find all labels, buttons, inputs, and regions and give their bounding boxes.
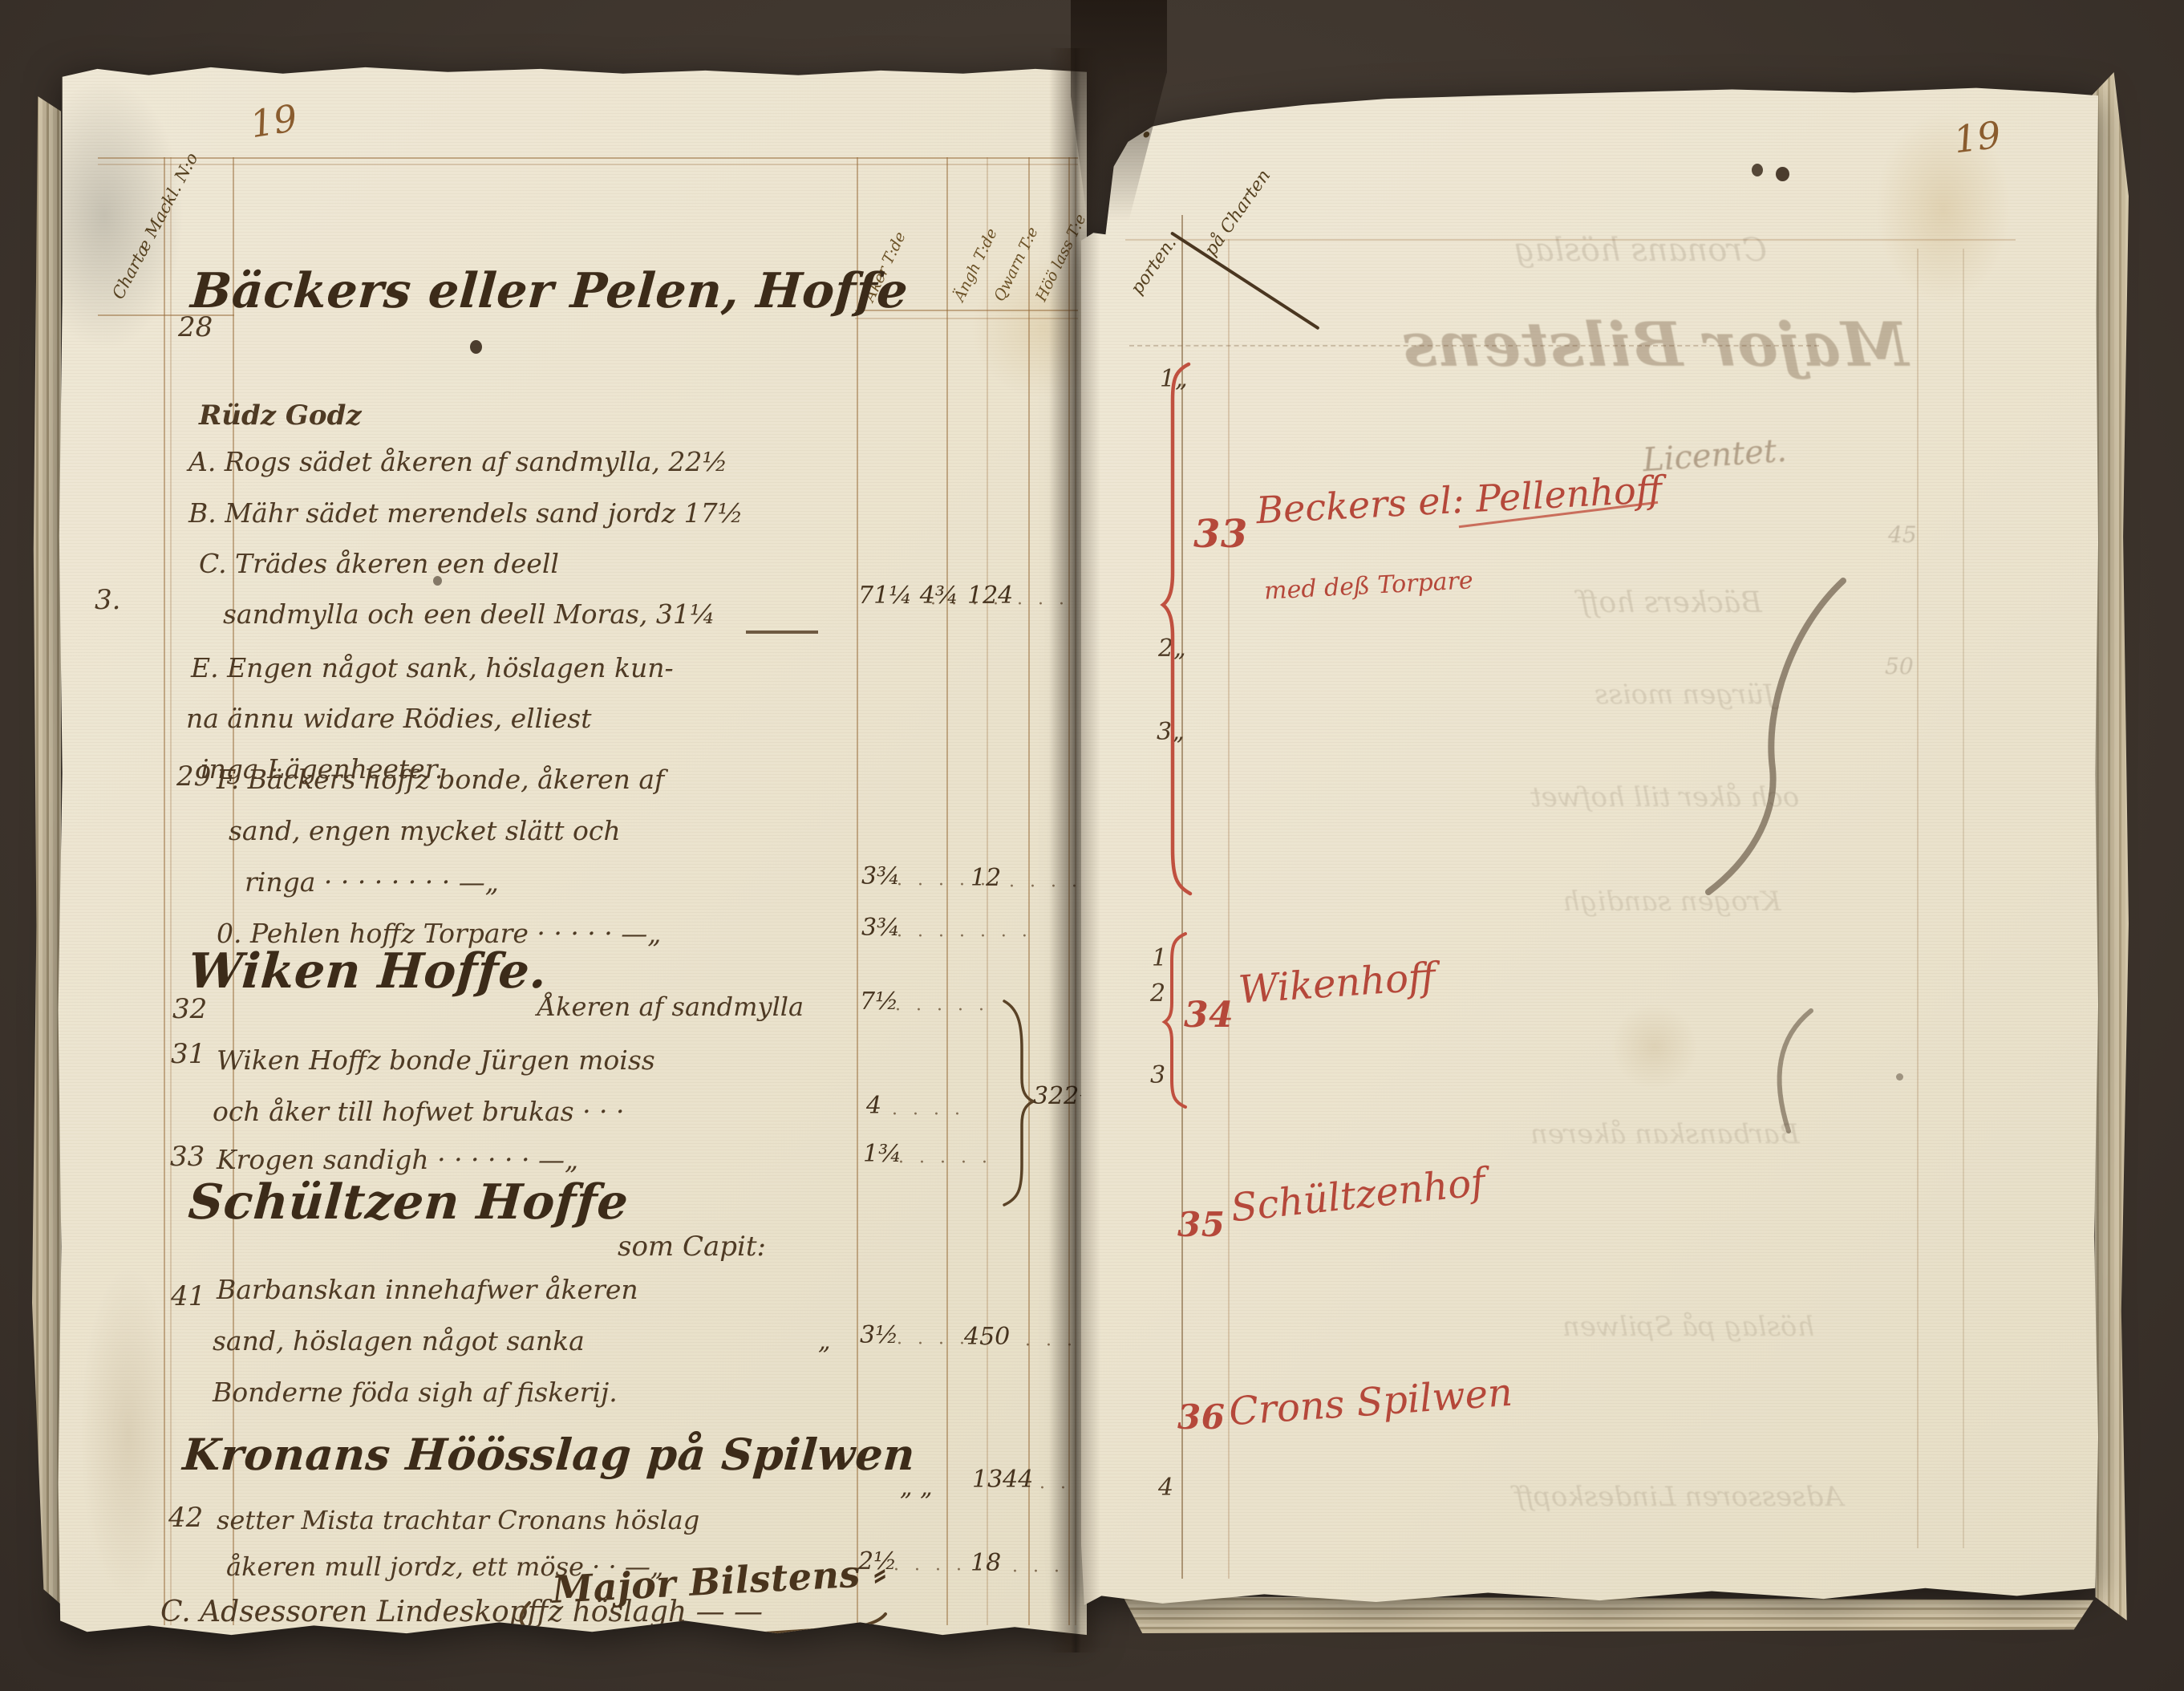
- red-entry-number: 36: [1177, 1399, 1225, 1436]
- entry-line: och åker till hofwet brukas · · ·: [213, 1097, 625, 1126]
- leader-dots: · · · ·: [892, 1105, 965, 1125]
- section-heading: Wiken Hoffe.: [187, 945, 549, 998]
- section-heading-inline: Åkeren af sandmylla: [537, 993, 804, 1021]
- entry-line: na ännu widare Rödies, elliest: [186, 704, 592, 733]
- red-entry-number: 35: [1177, 1206, 1225, 1243]
- margin-number: 29: [176, 762, 211, 792]
- entry-line: E. Engen något sank, höslagen kun-: [191, 654, 674, 683]
- margin-mark: 4: [1158, 1474, 1173, 1501]
- ruled-line-margin1b: [170, 157, 172, 1625]
- leader-dots: · · · · ·: [895, 1001, 989, 1020]
- margin-mark: 3: [1150, 1062, 1165, 1089]
- section-heading-inline: som Capit:: [618, 1232, 766, 1262]
- red-entry-name: Schültzenhof: [1229, 1162, 1487, 1231]
- ruled-line-top2: [98, 164, 1078, 165]
- leader-dots: · · · · · · ·: [897, 927, 1032, 947]
- ink-blot: [1776, 167, 1789, 181]
- column-value-hoo: 18: [970, 1550, 1001, 1576]
- ruled-line-right1: [1917, 249, 1919, 1548]
- red-entry-name: Crons Spilwen: [1228, 1372, 1514, 1433]
- column-value-aker: 4: [866, 1093, 881, 1119]
- ruled-line-right2: [1963, 249, 1964, 1548]
- column-value-hoo: 124: [967, 582, 1013, 609]
- bleedthrough-text: Adsessoren Lindeskopff: [1514, 1482, 1843, 1512]
- column-value-aker: 3½: [860, 1322, 898, 1348]
- column-value-aker: 7½: [860, 988, 898, 1015]
- entry-line: B. Mähr sädet merendels sand jordz 17½: [188, 499, 744, 528]
- section-heading: Schültzen Hoffe: [187, 1176, 630, 1229]
- bleedthrough-text: Cronans höslag: [1514, 233, 1767, 268]
- column-value-aker: 1¾: [863, 1141, 902, 1167]
- section-subheading: Rüdz Godz: [199, 401, 362, 431]
- bleedthrough-number: 50: [1885, 655, 1914, 679]
- page-number-right: 19: [1951, 115, 2003, 160]
- left-page: 19 Chartæ Mackl. N:o Åker T:de Ängh T:de…: [56, 63, 1087, 1641]
- entry-line: C. Trädes åkeren een deell: [199, 549, 559, 578]
- entry-line: Wiken Hoffz bonde Jürgen moiss: [217, 1046, 655, 1075]
- corner-note-line1: på Charten: [1201, 167, 1274, 260]
- ink-blot: [1752, 164, 1763, 176]
- bleedthrough-number: 45: [1888, 523, 1917, 548]
- red-entry-name: Beckers el: Pellenhoff: [1255, 469, 1663, 531]
- bleedthrough-text: höslag på Spilwen: [1562, 1312, 1814, 1342]
- column-value-aker: 3¾: [861, 863, 900, 890]
- section-heading: Bäckers eller Pelen, Hoffe: [189, 265, 910, 318]
- ink-blot: [433, 576, 442, 586]
- margin-mark: 2: [1150, 980, 1165, 1007]
- margin-number: 31: [171, 1040, 205, 1069]
- leader-dots: · · · · ·: [898, 1154, 992, 1173]
- page-number-left: 19: [247, 98, 300, 145]
- entry-line: A. Rogs sädet åkeren af sandmylla, 22½: [188, 448, 727, 476]
- value-separator: „ „: [900, 1474, 933, 1501]
- ruled-col-1: [857, 157, 858, 1625]
- ink-flourish: [1699, 578, 1859, 898]
- right-page: 19 1. på Charten porten. Cronans höslag …: [1081, 80, 2098, 1622]
- bleedthrough-text: Major Bilstens: [1402, 311, 1908, 379]
- leader-dots: · · · ·: [897, 1335, 970, 1354]
- red-entry-number: 34: [1184, 996, 1234, 1035]
- corner-note-stroke: [1170, 231, 1320, 330]
- ink-blot: [1896, 1073, 1903, 1081]
- ruled-line-margin2: [1228, 239, 1230, 1579]
- bleedthrough-text: Licentet.: [1642, 433, 1788, 478]
- entry-line: Krogen sandigh · · · · · · —„: [217, 1146, 578, 1174]
- margin-number: 33: [170, 1142, 205, 1172]
- entry-line: sandmylla och een deell Moras, 31¼: [223, 600, 715, 629]
- book-gutter: [1049, 48, 1100, 1652]
- paper-stain: [80, 1266, 176, 1603]
- section-heading: Kronans Höösslag på Spilwen: [181, 1431, 917, 1478]
- ink-flourish: [1755, 1003, 1827, 1139]
- margin-number: 42: [168, 1503, 203, 1533]
- paper-stain: [1611, 1003, 1699, 1091]
- column-value-hoo: 450: [964, 1324, 1010, 1350]
- entry-line: sand, höslagen något sanka: [213, 1327, 585, 1356]
- value-underline: [746, 631, 818, 634]
- ink-blot: [470, 340, 482, 354]
- entry-line: Barbanskan innehafwer åkeren: [217, 1275, 638, 1304]
- entry-line: F. Bäckers hoffz bonde, åkeren af: [217, 765, 664, 794]
- entry-line: Bonderne föda sigh af fiskerij.: [213, 1378, 618, 1407]
- corner-note-line2: porten.: [1128, 234, 1181, 298]
- manuscript-scan: 19 Chartæ Mackl. N:o Åker T:de Ängh T:de…: [0, 0, 2184, 1691]
- column-value-aker: 3¾: [861, 914, 900, 941]
- red-entry-subtext: med deß Torpare: [1263, 567, 1473, 605]
- margin-number: 41: [171, 1282, 205, 1312]
- value-separator: „: [818, 1328, 831, 1355]
- entry-line: sand, engen mycket slätt och: [229, 817, 621, 845]
- red-brace: [1163, 363, 1192, 898]
- entry-line: setter Mista trachtar Cronans höslag: [217, 1506, 699, 1535]
- group-brace: [999, 1000, 1035, 1208]
- red-entry-name: Wikenhoff: [1237, 955, 1436, 1012]
- entry-line: ringa · · · · · · · · —„: [245, 868, 499, 897]
- column-value-hoo: 12: [970, 865, 1001, 891]
- ruled-line-margin1: [164, 157, 165, 1625]
- margin-number: 3.: [95, 586, 120, 615]
- ruled-line-top: [98, 157, 1078, 159]
- column-value-hoo: 1344: [972, 1466, 1033, 1493]
- red-entry-number: 33: [1193, 513, 1248, 556]
- signature-flourish: [505, 1601, 890, 1649]
